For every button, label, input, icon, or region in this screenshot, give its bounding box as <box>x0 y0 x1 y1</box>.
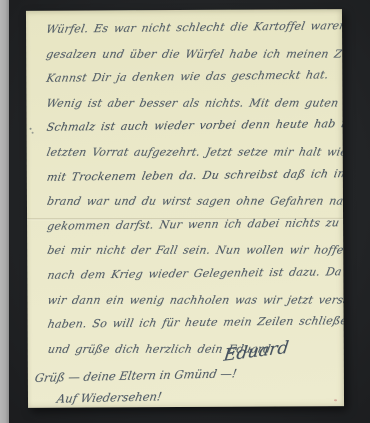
handwritten-line: und grüße dich herzlich dein Eduard <box>45 337 338 362</box>
handwritten-line: haben. So will ich für heute mein Zeilen… <box>45 309 338 337</box>
handwritten-line: nach dem Krieg wieder Gelegenheit ist da… <box>45 260 338 288</box>
handwritten-line: Kannst Dir ja denken wie das geschmeckt … <box>44 63 337 91</box>
paper-speck <box>334 399 337 401</box>
ink-specks <box>30 128 32 130</box>
handwritten-line: letzten Vorrat aufgezehrt. Jetzt setze m… <box>44 140 337 165</box>
letter-paper: Würfel. Es war nicht schlecht die Kartof… <box>26 9 344 408</box>
handwritten-line: Schmalz ist auch wieder vorbei denn heut… <box>44 113 337 141</box>
handwriting-block: Würfel. Es war nicht schlecht die Kartof… <box>46 16 336 362</box>
postscript-line: Grüß — deine Eltern in Gmünd —! <box>34 366 238 385</box>
scan-edge-strip <box>0 0 9 423</box>
photo-background: Würfel. Es war nicht schlecht die Kartof… <box>0 0 370 423</box>
postscript-line: Auf Wiedersehen! <box>56 389 163 405</box>
handwritten-line: Würfel. Es war nicht schlecht die Kartof… <box>44 14 337 42</box>
handwritten-line: gekommen darfst. Nur wenn ich dabei nich… <box>45 211 338 239</box>
handwritten-line: mit Trockenem leben da. Du schreibst daß… <box>45 162 338 190</box>
